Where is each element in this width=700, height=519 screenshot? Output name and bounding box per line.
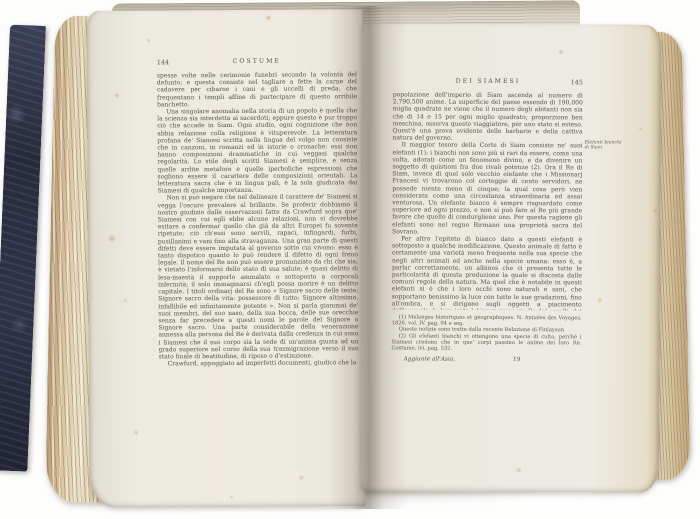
left-page-number: 144	[157, 58, 169, 66]
right-running-head: DEI SIAMESI 145	[393, 77, 583, 88]
right-paragraph-3: Per altro l'epiteto di bianco dato a que…	[392, 235, 582, 310]
left-paragraph-4: Crawfurd, appoggiato ad imperfetti docum…	[159, 359, 359, 367]
right-running-title: DEI SIAMESI	[456, 78, 521, 85]
left-running-head: 144 COSTUME	[157, 57, 357, 68]
footnote-2: (2) Gli elefanti bianchi vi ottengono un…	[392, 333, 582, 353]
footnote-1: (1) Mélanges historiques et géographique…	[392, 314, 582, 327]
right-page: DEI SIAMESI 145 popolazione dell'imperio…	[361, 23, 661, 493]
book-photo: 144 COSTUME spesse volte nelle cerimonie…	[0, 0, 700, 519]
right-page-footnotes: (1) Mélanges historiques et géographique…	[391, 314, 581, 355]
margin-note: Elefanti bianchi di Siam	[585, 140, 627, 151]
left-running-title: COSTUME	[233, 58, 281, 65]
left-page-body: spesse volte nelle cerimonie funebri sec…	[157, 71, 359, 369]
left-page: 144 COSTUME spesse volte nelle cerimonie…	[86, 9, 365, 508]
right-paragraph-1: popolazione dell'imperio di Siam ascenda…	[393, 91, 583, 142]
right-page-body: popolazione dell'imperio di Siam ascenda…	[392, 91, 583, 310]
left-paragraph-3: Non si può negare che nel delineare il c…	[158, 194, 359, 361]
left-paragraph-1: spesse volte nelle cerimonie funebri sec…	[157, 71, 357, 108]
right-paragraph-2: Il maggior tesoro della Corte di Siam co…	[392, 142, 582, 237]
right-page-text-block: DEI SIAMESI 145 popolazione dell'imperio…	[391, 77, 583, 366]
footer-catchline: Aggiunte all'Asia.	[403, 356, 455, 362]
left-paragraph-2: Una singolare anomalia nella storia di u…	[157, 107, 358, 195]
signature-mark: 19	[513, 357, 520, 363]
right-page-number: 145	[571, 78, 583, 86]
marbled-cover-board	[0, 24, 46, 471]
right-page-footer: Aggiunte all'Asia. 19	[391, 356, 581, 366]
left-page-text-block: 144 COSTUME spesse volte nelle cerimonie…	[157, 57, 359, 369]
